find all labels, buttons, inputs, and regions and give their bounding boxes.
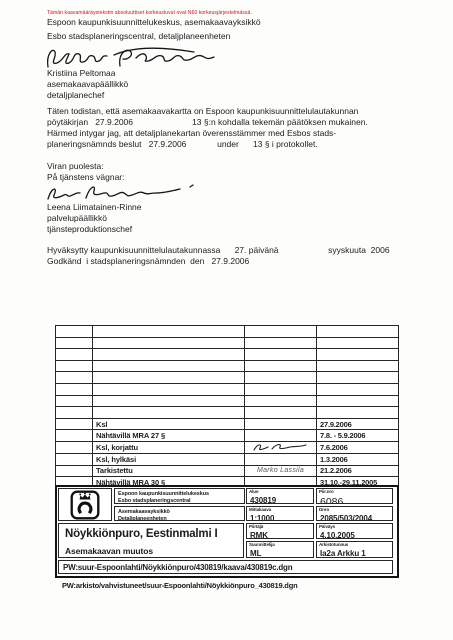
scanned-plan-document: Tämän kaavamääräystekstin absoluuttiset … bbox=[0, 0, 453, 640]
row-date: 7.6.2006 bbox=[317, 442, 398, 453]
attest-line-3: Härmed intygar jag, att detaljplanekarta… bbox=[47, 128, 336, 139]
plan-title: Nöykkiönpuro, Eestinmalmi I bbox=[65, 528, 217, 540]
row-middle bbox=[245, 442, 317, 453]
field-alue-value: 430819 bbox=[247, 495, 313, 505]
field-mittakaava-value: 1:1000 bbox=[247, 513, 313, 522]
row-middle bbox=[245, 419, 317, 430]
row-date: 21.2.2006 bbox=[317, 466, 398, 477]
field-dnro: Dnro 2085/503/2004 bbox=[316, 506, 393, 521]
espoo-coat-of-arms-icon bbox=[70, 490, 100, 520]
height-system-notice: Tämän kaavamääräystekstin absoluuttiset … bbox=[47, 10, 252, 16]
attest-line-4: planeringsnämnds beslut 27.9.2006 under … bbox=[47, 139, 318, 150]
table-row-nahtavilla-27: Nähtävillä MRA 27 § 7.8. - 5.9.2006 bbox=[56, 430, 398, 442]
plan-subtitle: Asemakaavan muutos bbox=[65, 546, 153, 556]
signer1-title-fi: asemakaavapäällikkö bbox=[47, 79, 128, 90]
field-piir-nro: Piir.nro 6086 bbox=[316, 488, 393, 504]
block-org-sv: Esbo stadsplaneringscentral bbox=[115, 498, 244, 505]
logo-cell bbox=[58, 488, 112, 521]
field-paivays-value: 4.10.2005 bbox=[317, 530, 392, 540]
table-empty-row bbox=[56, 349, 398, 361]
table-row-tarkistettu: Tarkistettu Marko Lassila 21.2.2006 bbox=[56, 466, 398, 478]
signer2-title-sv: tjänsteproduktionschef bbox=[47, 224, 132, 235]
row-middle bbox=[245, 454, 317, 465]
table-empty-row bbox=[56, 396, 398, 408]
table-empty-row bbox=[56, 384, 398, 396]
field-piir-nro-value: 6086 bbox=[317, 495, 392, 505]
row-date: 7.8. - 5.9.2006 bbox=[317, 430, 398, 441]
signature-scribble-icon bbox=[252, 442, 310, 452]
org-name-fi: Espoon kaupunkisuunnittelukeskus, asemak… bbox=[47, 17, 261, 28]
table-empty-row bbox=[56, 407, 398, 419]
revision-table: Ksl 27.9.2006 Nähtävillä MRA 27 § 7.8. -… bbox=[55, 325, 399, 501]
row-code bbox=[56, 454, 93, 465]
row-label: Ksl bbox=[93, 419, 245, 430]
attest-line-2: pöytäkirjan 27.9.2006 13 §:n kohdalla te… bbox=[47, 117, 368, 128]
table-empty-row bbox=[56, 326, 398, 338]
row-label: Nähtävillä MRA 27 § bbox=[93, 430, 245, 441]
attest-line-1: Täten todistan, että asemakaavakartta on… bbox=[47, 106, 358, 117]
row-code bbox=[56, 442, 93, 453]
table-row-ksl-korjattu: Ksl, korjattu 7.6.2006 bbox=[56, 442, 398, 454]
field-alue: Alue 430819 bbox=[246, 488, 314, 504]
row-code bbox=[56, 419, 93, 430]
file-path-cell: PW:suur-Espoonlahti/Nöykkiönpuro/430819/… bbox=[58, 560, 393, 574]
row-label: Ksl, hylkäsi bbox=[93, 454, 245, 465]
field-paivays: Päiväys 4.10.2005 bbox=[316, 523, 393, 539]
signer1-title-sv: detaljplanechef bbox=[47, 90, 104, 101]
approval-line-2: Godkänd i stadsplaneringsnämnden den 27.… bbox=[47, 256, 249, 267]
table-row-ksl: Ksl 27.9.2006 bbox=[56, 419, 398, 431]
row-middle bbox=[245, 430, 317, 441]
row-date: 1.3.2006 bbox=[317, 454, 398, 465]
field-mittakaava: Mittakaava 1:1000 bbox=[246, 506, 314, 521]
field-dnro-value: 2085/503/2004 bbox=[317, 513, 392, 522]
field-piirtaja: Piirtäjä RMK bbox=[246, 523, 314, 539]
signer2-name: Leena Liimatainen-Rinne bbox=[47, 202, 142, 213]
org-name-sv: Esbo stadsplaneringscentral, detaljplane… bbox=[47, 31, 230, 42]
file-path-boxed: PW:suur-Espoonlahti/Nöykkiönpuro/430819/… bbox=[59, 563, 292, 572]
field-piirtaja-value: RMK bbox=[247, 530, 313, 540]
file-path-archive: PW:arkisto/vahvistuneet/suur-Espoonlahti… bbox=[62, 581, 297, 590]
block-unit-cell: Asemakaavayksikkö Detaljplaneenheten bbox=[114, 506, 245, 521]
signer2-title-fi: palvelupäällikkö bbox=[47, 213, 107, 224]
field-suunnittelija-value: ML bbox=[247, 548, 313, 558]
block-unit-sv: Detaljplaneenheten bbox=[115, 516, 244, 522]
row-label: Ksl, korjattu bbox=[93, 442, 245, 453]
row-code bbox=[56, 430, 93, 441]
signer1-name: Kristiina Peltomaa bbox=[47, 68, 116, 79]
table-empty-row bbox=[56, 338, 398, 350]
behalf-fi: Viran puolesta: bbox=[47, 161, 104, 172]
table-row-ksl-hylkasi: Ksl, hylkäsi 1.3.2006 bbox=[56, 454, 398, 466]
row-date: 27.9.2006 bbox=[317, 419, 398, 430]
field-arkistotunnus: Arkistotunnus Ia2a Arkku 1 bbox=[316, 541, 393, 558]
plan-title-cell: Nöykkiönpuro, Eestinmalmi I Asemakaavan … bbox=[58, 523, 244, 558]
row-label: Tarkistettu bbox=[93, 466, 245, 477]
row-code bbox=[56, 466, 93, 477]
field-suunnittelija: Suunnittelija ML bbox=[246, 541, 314, 558]
title-block: Espoon kaupunkisuunnittelukeskus Esbo st… bbox=[55, 485, 399, 578]
row-middle-checker-name: Marko Lassila bbox=[245, 466, 317, 477]
table-empty-row bbox=[56, 372, 398, 384]
table-empty-row bbox=[56, 361, 398, 373]
approval-line-1: Hyväksytty kaupunkisuunnittelulautakunna… bbox=[47, 245, 390, 256]
block-org-cell: Espoon kaupunkisuunnittelukeskus Esbo st… bbox=[114, 488, 245, 504]
field-arkistotunnus-value: Ia2a Arkku 1 bbox=[317, 548, 392, 558]
